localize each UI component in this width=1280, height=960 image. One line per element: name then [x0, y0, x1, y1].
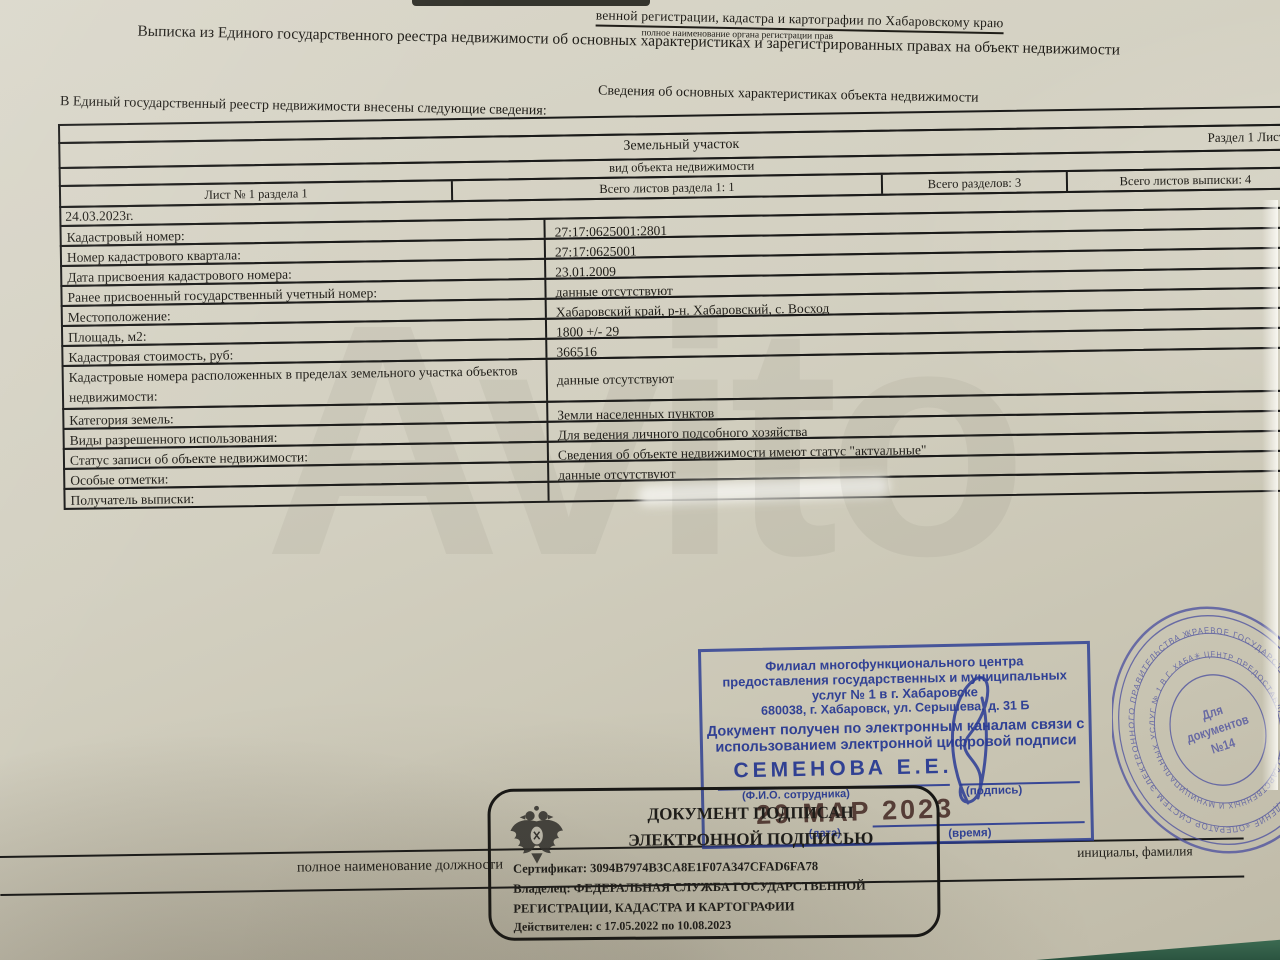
paper-edge-highlight [1262, 200, 1278, 790]
esign-box: ДОКУМЕНТ ПОДПИСАН ЭЛЕКТРОННОЙ ПОДПИСЬЮ С… [487, 785, 940, 941]
owner-line: РЕГИСТРАЦИИ, КАДАСТРА И КАРТОГРАФИИ [513, 899, 794, 916]
certificate-line: Сертификат: 3094B7974B3CA8E1F07A347CFAD6… [513, 859, 818, 877]
signature-scrawl [890, 638, 1040, 823]
round-stamp: КРАЕВОЕ ГОСУДАРСТВЕННОЕ КАЗЕННОЕ УЧРЕЖДЕ… [1112, 596, 1280, 864]
esign-title: ЭЛЕКТРОННОЙ ПОДПИСЬЮ [581, 828, 921, 851]
coat-of-arms-icon [506, 801, 567, 868]
paper: венной регистрации, кадастра и картограф… [0, 0, 1280, 960]
round-stamp-center-text: №14 [1209, 735, 1237, 757]
esign-title: ДОКУМЕНТ ПОДПИСАН [580, 802, 920, 825]
top-edge-smudge [412, 0, 650, 6]
validity-line: Действителен: с 17.05.2022 по 10.08.2023 [513, 918, 731, 935]
owner-line: Владелец: ФЕДЕРАЛЬНАЯ СЛУЖБА ГОСУДАРСТВЕ… [513, 879, 866, 897]
